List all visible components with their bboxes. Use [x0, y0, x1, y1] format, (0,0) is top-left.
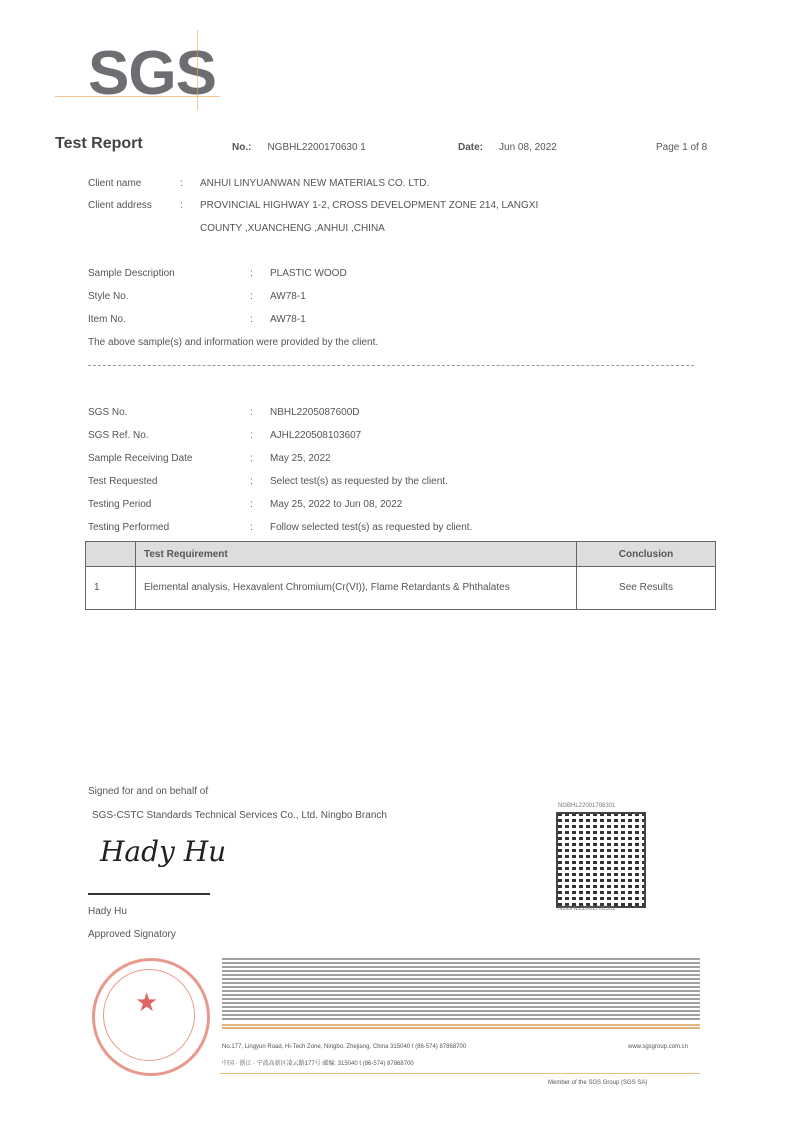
- report-date: Date:Jun 08, 2022: [458, 142, 557, 153]
- section-divider: [88, 365, 694, 366]
- detail-field-row: SGS No.:NBHL2205087600D: [0, 407, 800, 421]
- row-number: 1: [86, 567, 136, 610]
- signatory-role: Approved Signatory: [88, 929, 176, 940]
- table-header-row: Test Requirement Conclusion: [86, 542, 716, 567]
- client-address-label: Client address: [88, 200, 152, 211]
- signing-company: SGS-CSTC Standards Technical Services Co…: [92, 810, 387, 821]
- report-date-label: Date:: [458, 142, 483, 153]
- signed-on-behalf: Signed for and on behalf of: [88, 786, 208, 797]
- page-title: Test Report: [55, 135, 143, 153]
- signatory-name: Hady Hu: [88, 906, 127, 917]
- footer-address-en: No.177, Lingyun Road, Hi-Tech Zone, Ning…: [222, 1044, 466, 1050]
- detail-field-label: SGS No.: [88, 407, 127, 418]
- detail-field-label: SGS Ref. No.: [88, 430, 149, 441]
- sample-field-value: AW78-1: [270, 291, 306, 302]
- detail-field-value: Follow selected test(s) as requested by …: [270, 522, 472, 533]
- detail-field-value: Select test(s) as requested by the clien…: [270, 476, 448, 487]
- report-number-label: No.:: [232, 142, 251, 153]
- footer-address-cn: 中国 · 浙江 · 宁波高新区凌云路177号 邮编: 315040 t (86-…: [222, 1058, 414, 1067]
- star-icon: ★: [135, 987, 158, 1018]
- detail-field-label: Testing Performed: [88, 522, 169, 533]
- footer-website: www.sgsgroup.com.cn: [628, 1044, 688, 1050]
- footer-line: [220, 1073, 700, 1074]
- table-header-no: [86, 542, 136, 567]
- sample-field-row: Sample Description:PLASTIC WOOD: [0, 268, 800, 282]
- sample-field-label: Sample Description: [88, 268, 175, 279]
- sample-field-row: Style No.:AW78-1: [0, 291, 800, 305]
- detail-field-row: SGS Ref. No.:AJHL220508103607: [0, 430, 800, 444]
- client-address-line1: PROVINCIAL HIGHWAY 1-2, CROSS DEVELOPMEN…: [200, 200, 538, 211]
- detail-field-row: Test Requested:Select test(s) as request…: [0, 476, 800, 490]
- terms-warning-fine-print: [222, 1024, 700, 1030]
- sample-note: The above sample(s) and information were…: [88, 337, 378, 348]
- logo-horizontal-line: [55, 96, 220, 97]
- sample-field-label: Style No.: [88, 291, 129, 302]
- row-requirement: Elemental analysis, Hexavalent Chromium(…: [136, 567, 577, 610]
- client-address-row: Client address : PROVINCIAL HIGHWAY 1-2,…: [0, 200, 800, 214]
- sample-field-label: Item No.: [88, 314, 126, 325]
- sample-field-row: Item No.:AW78-1: [0, 314, 800, 328]
- detail-field-value: May 25, 2022: [270, 453, 331, 464]
- detail-field-label: Testing Period: [88, 499, 151, 510]
- test-requirement-table: Test Requirement Conclusion 1 Elemental …: [85, 541, 716, 610]
- logo-vertical-line: [197, 30, 198, 110]
- report-number-value: NGBHL2200170630 1: [267, 142, 365, 153]
- qr-caption-bottom: NGBHL22001706301: [558, 906, 615, 912]
- signature-line: [88, 893, 210, 895]
- detail-field-value: AJHL220508103607: [270, 430, 361, 441]
- table-header-conclusion: Conclusion: [577, 542, 716, 567]
- sample-field-value: PLASTIC WOOD: [270, 268, 347, 279]
- detail-field-label: Test Requested: [88, 476, 158, 487]
- detail-field-row: Testing Performed:Follow selected test(s…: [0, 522, 800, 536]
- sgs-member-note: Member of the SGS Group (SGS SA): [548, 1080, 647, 1086]
- report-date-value: Jun 08, 2022: [499, 142, 557, 153]
- official-seal-stamp: ★: [92, 958, 210, 1076]
- detail-field-label: Sample Receiving Date: [88, 453, 193, 464]
- handwritten-signature: Hady Hu: [100, 835, 226, 868]
- detail-field-value: NBHL2205087600D: [270, 407, 360, 418]
- detail-field-value: May 25, 2022 to Jun 08, 2022: [270, 499, 402, 510]
- page-indicator: Page 1 of 8: [656, 142, 707, 153]
- terms-fine-print: [222, 958, 700, 1020]
- detail-field-row: Sample Receiving Date:May 25, 2022: [0, 453, 800, 467]
- detail-field-row: Testing Period:May 25, 2022 to Jun 08, 2…: [0, 499, 800, 513]
- report-number: No.:NGBHL2200170630 1: [232, 142, 366, 153]
- table-row: 1 Elemental analysis, Hexavalent Chromiu…: [86, 567, 716, 610]
- table-header-requirement: Test Requirement: [136, 542, 577, 567]
- row-conclusion: See Results: [577, 567, 716, 610]
- sample-field-value: AW78-1: [270, 314, 306, 325]
- qr-caption-top: NGBHL22001706301: [558, 803, 615, 809]
- client-address-line2: COUNTY ,XUANCHENG ,ANHUI ,CHINA: [200, 223, 385, 234]
- qr-code: [556, 812, 646, 908]
- client-name-value: ANHUI LINYUANWAN NEW MATERIALS CO. LTD.: [200, 178, 429, 189]
- client-name-row: Client name : ANHUI LINYUANWAN NEW MATER…: [0, 178, 800, 192]
- client-name-label: Client name: [88, 178, 141, 189]
